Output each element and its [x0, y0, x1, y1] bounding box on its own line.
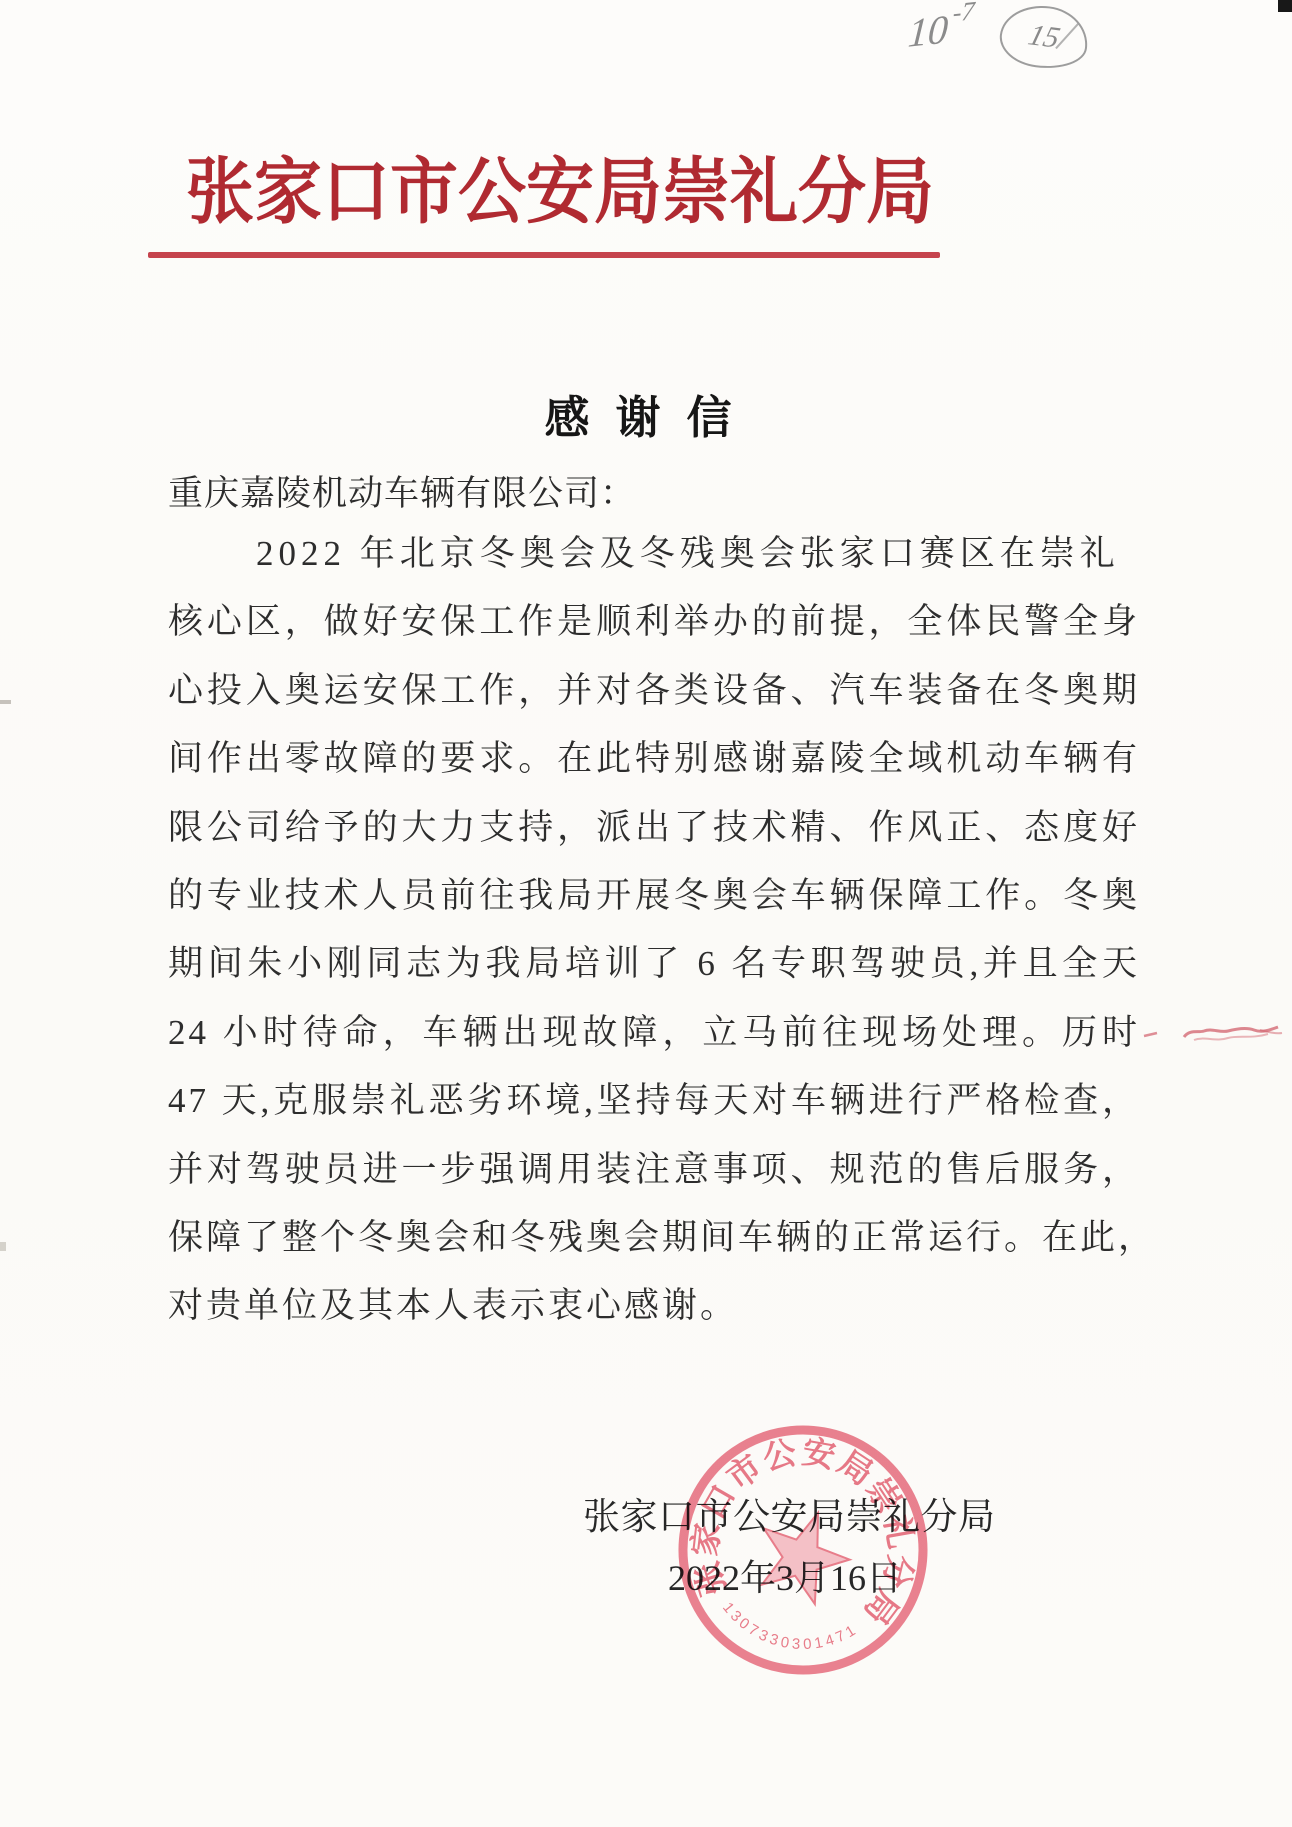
body-line: 心投入奥运安保工作，并对各类设备、汽车装备在冬奥期 — [168, 657, 1140, 725]
scan-speck — [0, 700, 11, 704]
official-seal: 张家口市公安局崇礼分局 1307330301471 — [653, 1400, 953, 1700]
seal-star-icon — [745, 1497, 861, 1610]
circled-pencil-annotation: 15 — [997, 1, 1092, 73]
body-line: 并对驾驶员进一步强调用装注意事项、规范的售后服务， — [168, 1136, 1140, 1204]
circled-annotation-text: 15 — [1025, 19, 1064, 56]
salutation: 重庆嘉陵机动车辆有限公司： — [168, 466, 636, 516]
pencil-annotation: 10-7 — [906, 2, 971, 56]
body-line: 核心区，做好安保工作是顺利举办的前提，全体民警全身 — [168, 588, 1140, 656]
body-line: 期间朱小刚同志为我局培训了 6 名专职驾驶员,并且全天 — [168, 930, 1140, 998]
body-line: 对贵单位及其本人表示衷心感谢。 — [168, 1272, 1140, 1340]
scanned-letter-page: 10-7 15 张家口市公安局崇礼分局 感谢信 重庆嘉陵机动车辆有限公司： 20… — [0, 0, 1292, 1827]
letterhead-rule — [148, 252, 940, 258]
body-line: 24 小时待命，车辆出现故障，立马前往现场处理。历时 — [168, 999, 1140, 1067]
body-line: 保障了整个冬奥会和冬残奥会期间车辆的正常运行。在此， — [168, 1204, 1140, 1272]
scan-speck — [0, 1242, 6, 1251]
body-line: 间作出零故障的要求。在此特别感谢嘉陵全域机动车辆有 — [168, 725, 1140, 793]
pencil-annotation-sup: -7 — [952, 0, 976, 28]
pencil-annotation-text: 10 — [907, 6, 950, 56]
letter-body: 2022 年北京冬奥会及冬残奥会张家口赛区在崇礼核心区，做好安保工作是顺利举办的… — [168, 520, 1140, 1341]
letterhead-agency-name: 张家口市公安局崇礼分局 — [150, 153, 970, 232]
body-line: 2022 年北京冬奥会及冬残奥会张家口赛区在崇礼 — [168, 520, 1140, 588]
body-line: 47 天,克服崇礼恶劣环境,坚持每天对车辆进行严格检查， — [168, 1067, 1140, 1135]
body-line: 的专业技术人员前往我局开展冬奥会车辆保障工作。冬奥 — [168, 862, 1140, 930]
scan-corner-artifact — [1278, 0, 1292, 12]
body-line: 限公司给予的大力支持，派出了技术精、作风正、态度好 — [168, 794, 1140, 862]
letter-title: 感谢信 — [0, 381, 1287, 446]
red-scribble-artifact — [1140, 1016, 1292, 1054]
